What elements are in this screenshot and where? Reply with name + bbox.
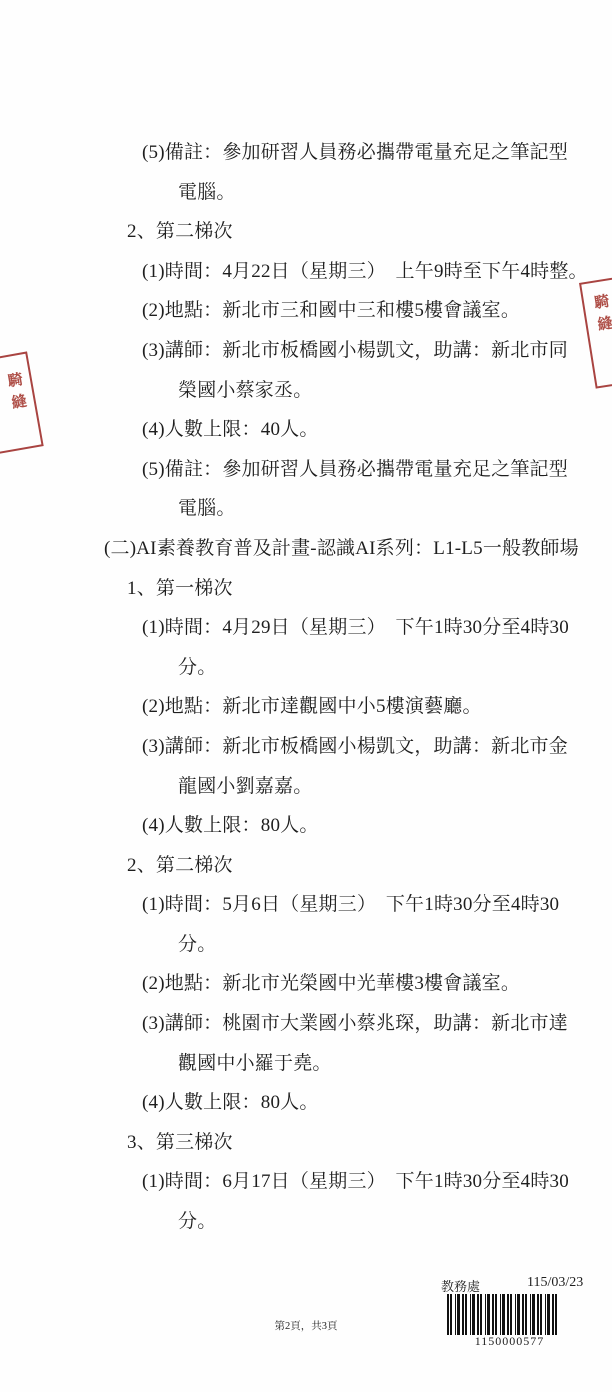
document-line: 1、第一梯次 (0, 569, 612, 609)
document-line: (3)講師：新北市板橋國小楊凱文，助講：新北市同 (0, 331, 612, 371)
document-line: (1)時間：4月22日（星期三） 上午9時至下午4時整。 (0, 252, 612, 292)
document-line: (5)備註：參加研習人員務必攜帶電量充足之筆記型 (0, 450, 612, 490)
document-line: (2)地點：新北市三和國中三和樓5樓會議室。 (0, 291, 612, 331)
barcode-number: 1150000577 (453, 1334, 566, 1349)
seam-stamp-left-text: 騎縫 (3, 370, 31, 417)
document-line: (4)人數上限：40人。 (0, 410, 612, 450)
document-date: 115/03/23 (527, 1275, 583, 1291)
document-line: (二)AI素養教育普及計畫-認識AI系列：L1-L5一般教師場 (0, 529, 612, 569)
document-line: (2)地點：新北市達觀國中小5樓演藝廳。 (0, 687, 612, 727)
document-line: (3)講師：桃園市大業國小蔡兆琛，助講：新北市達 (0, 1004, 612, 1044)
document-line: 觀國中小羅于堯。 (0, 1044, 612, 1084)
barcode (447, 1294, 560, 1335)
document-line: (5)備註：參加研習人員務必攜帶電量充足之筆記型 (0, 133, 612, 173)
document-line: (4)人數上限：80人。 (0, 806, 612, 846)
document-line: (1)時間：5月6日（星期三） 下午1時30分至4時30 (0, 885, 612, 925)
page-indicator: 第2頁，共3頁 (231, 1318, 381, 1333)
document-line: 榮國小蔡家丞。 (0, 371, 612, 411)
document-line: 龍國小劉嘉嘉。 (0, 767, 612, 807)
document-line: 2、第二梯次 (0, 212, 612, 252)
document-line: (1)時間：6月17日（星期三） 下午1時30分至4時30 (0, 1162, 612, 1202)
document-line: 3、第三梯次 (0, 1123, 612, 1163)
document-body: (5)備註：參加研習人員務必攜帶電量充足之筆記型電腦。2、第二梯次(1)時間：4… (0, 133, 612, 1242)
department-label: 教務處 (441, 1276, 480, 1295)
document-line: 電腦。 (0, 489, 612, 529)
document-page: (5)備註：參加研習人員務必攜帶電量充足之筆記型電腦。2、第二梯次(1)時間：4… (0, 0, 612, 1392)
document-line: 分。 (0, 1202, 612, 1242)
document-line: (3)講師：新北市板橋國小楊凱文，助講：新北市金 (0, 727, 612, 767)
document-line: 分。 (0, 925, 612, 965)
document-line: 2、第二梯次 (0, 846, 612, 886)
document-line: 分。 (0, 648, 612, 688)
seam-stamp-right-text: 騎縫 (589, 292, 612, 339)
document-line: 電腦。 (0, 173, 612, 213)
document-line: (1)時間：4月29日（星期三） 下午1時30分至4時30 (0, 608, 612, 648)
document-line: (4)人數上限：80人。 (0, 1083, 612, 1123)
document-line: (2)地點：新北市光榮國中光華樓3樓會議室。 (0, 964, 612, 1004)
